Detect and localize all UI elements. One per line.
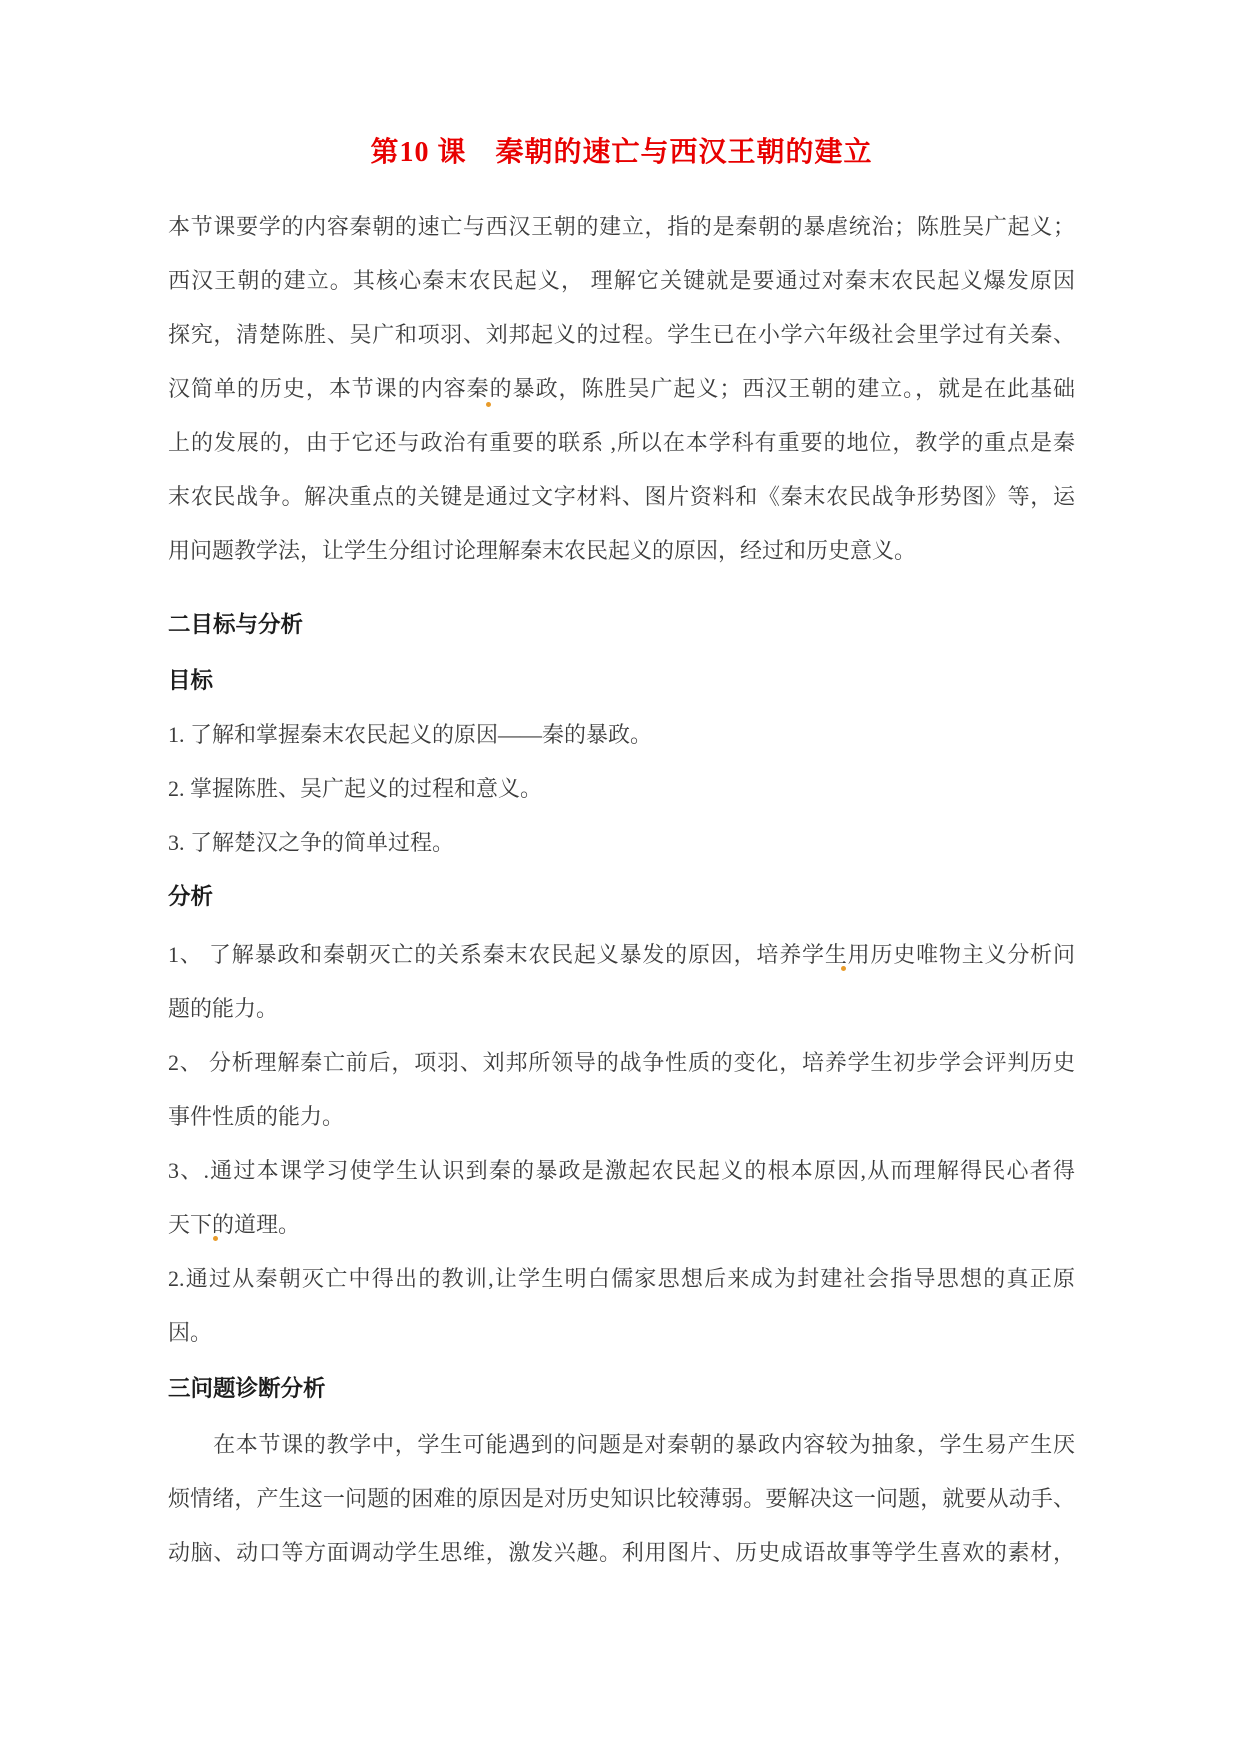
- document-content: 第10 课 秦朝的速亡与西汉王朝的建立 本节课要学的内容秦朝的速亡与西汉王朝的建…: [0, 0, 1241, 1580]
- diagnosis-paragraph: 在本节课的教学中，学生可能遇到的问题是对秦朝的暴政内容较为抽象，学生易产生厌烦情…: [168, 1418, 1075, 1580]
- text-line: 上的发展的，由于它还与政治有重要的联系 ,所以在本学科有重要的地位，教学的重点是…: [168, 416, 1075, 470]
- text-line: 用问题教学法，让学生分组讨论理解秦末农民起义的原因，经过和历史意义。: [168, 524, 1075, 578]
- text-line: 动脑、动口等方面调动学生思维，激发兴趣。利用图片、历史成语故事等学生喜欢的素材，: [168, 1526, 1075, 1580]
- document-page: 第10 课 秦朝的速亡与西汉王朝的建立 本节课要学的内容秦朝的速亡与西汉王朝的建…: [0, 0, 1241, 1754]
- text-line: 西汉王朝的建立。其核心秦末农民起义， 理解它关键就是要通过对秦末农民起义爆发原因: [168, 254, 1075, 308]
- page-title: 第10 课 秦朝的速亡与西汉王朝的建立: [168, 0, 1075, 172]
- heading-text: 三问题诊断分析: [168, 1362, 1075, 1416]
- text-line: 2.通过从秦朝灭亡中得出的教训,让学生明白儒家思想后来成为封建社会指导思想的真正…: [168, 1252, 1075, 1306]
- proofing-mark-icon: [486, 402, 491, 407]
- analysis-item: 1、 了解暴政和秦朝灭亡的关系秦末农民起义暴发的原因，培养学生用历史唯物主义分析…: [168, 928, 1075, 1036]
- heading-text: 二目标与分析: [168, 598, 1075, 652]
- text-line: 3. 了解楚汉之争的简单过程。: [168, 816, 1075, 870]
- text-line: 本节课要学的内容秦朝的速亡与西汉王朝的建立，指的是秦朝的暴虐统治；陈胜吴广起义；: [168, 200, 1075, 254]
- text-line: 事件性质的能力。: [168, 1090, 1075, 1144]
- text-line: 2. 掌握陈胜、吴广起义的过程和意义。: [168, 762, 1075, 816]
- goals-list: 1. 了解和掌握秦末农民起义的原因——秦的暴政。2. 掌握陈胜、吴广起义的过程和…: [168, 708, 1075, 870]
- subheading-text: 分析: [168, 870, 1075, 924]
- analysis-item: 2、 分析理解秦亡前后，项羽、刘邦所领导的战争性质的变化，培养学生初步学会评判历…: [168, 1036, 1075, 1144]
- text-line: 探究，清楚陈胜、吴广和项羽、刘邦起义的过程。学生已在小学六年级社会里学过有关秦、: [168, 308, 1075, 362]
- text-line: 天下的道理。: [168, 1198, 1075, 1252]
- section-heading-diagnosis: 三问题诊断分析: [168, 1362, 1075, 1416]
- analysis-item: 3、.通过本课学习使学生认识到秦的暴政是激起农民起义的根本原因,从而理解得民心者…: [168, 1144, 1075, 1252]
- section-heading-goals-analysis: 二目标与分析: [168, 598, 1075, 652]
- proofing-mark-icon: [841, 966, 846, 971]
- subheading-goals: 目标: [168, 654, 1075, 708]
- text-line: 题的能力。: [168, 982, 1075, 1036]
- text-line: 2、 分析理解秦亡前后，项羽、刘邦所领导的战争性质的变化，培养学生初步学会评判历…: [168, 1036, 1075, 1090]
- text-line: 1. 了解和掌握秦末农民起义的原因——秦的暴政。: [168, 708, 1075, 762]
- text-line: 在本节课的教学中，学生可能遇到的问题是对秦朝的暴政内容较为抽象，学生易产生厌: [168, 1418, 1075, 1472]
- text-line: 末农民战争。解决重点的关键是通过文字材料、图片资料和《秦末农民战争形势图》等，运: [168, 470, 1075, 524]
- text-line: 3、.通过本课学习使学生认识到秦的暴政是激起农民起义的根本原因,从而理解得民心者…: [168, 1144, 1075, 1198]
- proofing-mark-icon: [213, 1236, 218, 1241]
- text-line: 汉简单的历史，本节课的内容秦的暴政，陈胜吴广起义；西汉王朝的建立。，就是在此基础: [168, 362, 1075, 416]
- analysis-item: 2.通过从秦朝灭亡中得出的教训,让学生明白儒家思想后来成为封建社会指导思想的真正…: [168, 1252, 1075, 1360]
- text-line: 烦情绪，产生这一问题的困难的原因是对历史知识比较薄弱。要解决这一问题，就要从动手…: [168, 1472, 1075, 1526]
- subheading-analysis: 分析: [168, 870, 1075, 924]
- text-line: 1、 了解暴政和秦朝灭亡的关系秦末农民起义暴发的原因，培养学生用历史唯物主义分析…: [168, 928, 1075, 982]
- intro-paragraph: 本节课要学的内容秦朝的速亡与西汉王朝的建立，指的是秦朝的暴虐统治；陈胜吴广起义；…: [168, 200, 1075, 578]
- text-line: 因。: [168, 1306, 1075, 1360]
- subheading-text: 目标: [168, 654, 1075, 708]
